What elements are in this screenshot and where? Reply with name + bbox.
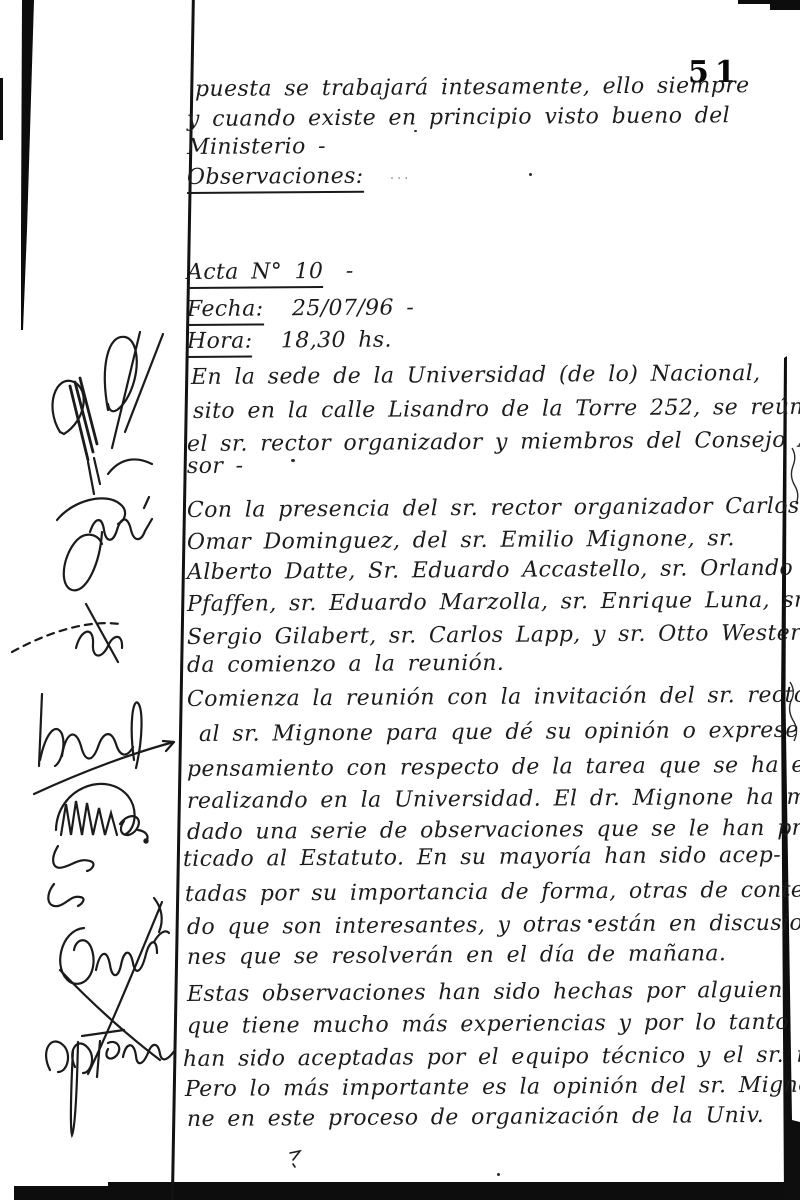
hora-line: Hora: 18,30 hs. — [187, 327, 392, 356]
handwritten-line: Con la presencia del sr. rector organiza… — [187, 493, 800, 525]
acta-suffix: - — [346, 259, 354, 284]
handwritten-line: En la sede de la Universidad (de lo) Nac… — [191, 360, 761, 392]
signature-stroke — [144, 839, 147, 842]
handwritten-line: do que son interesantes, y otras están e… — [187, 910, 800, 942]
signature-stroke — [144, 497, 149, 508]
signature-stroke — [57, 498, 125, 524]
handwritten-line: al sr. Mignone para que dé su opinión o … — [199, 717, 800, 749]
handwritten-line: Estas observaciones han sido hechas por … — [187, 977, 783, 1009]
signature-stroke — [53, 846, 93, 871]
handwritten-line: y cuando existe en principio visto bueno… — [187, 102, 730, 134]
handwritten-line: Alberto Datte, Sr. Eduardo Accastello, s… — [187, 555, 793, 587]
handwritten-line: puesta se trabajará intesamente, ello si… — [195, 72, 750, 104]
acta-label: Acta N° 10 — [187, 259, 324, 289]
handwritten-line: nes que se resolverán en el día de mañan… — [187, 940, 726, 972]
signature-stroke — [90, 519, 152, 540]
signature-stroke — [132, 702, 142, 768]
handwritten-line: sor - — [187, 453, 244, 481]
handwritten-line: ne en este proceso de organización de la… — [187, 1102, 764, 1134]
margin-signatures — [28, 332, 193, 1142]
fecha-label: Fecha: — [187, 296, 264, 326]
signature-stroke — [82, 1030, 124, 1036]
signature-stroke — [61, 801, 117, 835]
handwritten-line: han sido aceptadas por el equipo técnico… — [183, 1041, 800, 1074]
signature-stroke — [154, 931, 169, 942]
handwritten-line: Comienza la reunión con la invitación de… — [187, 682, 800, 714]
handwritten-line: Ministerio - — [187, 133, 326, 162]
scan-artifact-left-edge — [0, 78, 3, 140]
signature-stroke — [46, 1041, 175, 1077]
observaciones-heading: Observaciones: — [187, 164, 364, 194]
signature-stroke — [62, 734, 133, 758]
handwritten-text-area: puesta se trabajará intesamente, ello si… — [187, 0, 800, 1200]
signature-stroke — [64, 532, 102, 590]
handwritten-line: Omar Dominguez, del sr. Emilio Mignone, … — [187, 525, 735, 557]
signature-stroke — [88, 458, 100, 494]
handwritten-line: da comienzo a la reunión. — [187, 650, 504, 680]
signature-1 — [53, 332, 163, 494]
signature-stroke — [108, 459, 152, 474]
handwritten-line: Pfaffen, sr. Eduardo Marzolla, sr. Enriq… — [187, 587, 800, 619]
signature-7 — [46, 1030, 175, 1135]
signature-3 — [12, 604, 122, 662]
handwritten-line: que tiene mucho más experiencias y por l… — [187, 1009, 789, 1041]
handwritten-line: realizando en la Universidad. El dr. Mig… — [187, 783, 800, 816]
scan-artifact-left-wedge — [18, 0, 38, 345]
handwritten-line: tadas por su importancia de forma, otras… — [185, 876, 800, 909]
handwritten-line: pensamiento con respecto de la tarea que… — [187, 751, 800, 784]
handwritten-line: ticado al Estatuto. En su mayoría han si… — [183, 842, 781, 874]
handwritten-line: Sergio Gilabert, sr. Carlos Lapp, y sr. … — [187, 619, 800, 652]
signature-stroke — [40, 729, 63, 766]
handwritten-line: Pero lo más importante es la opinión del… — [185, 1072, 800, 1104]
fecha-line: Fecha: 25/07/96 - — [187, 294, 414, 324]
handwritten-line: sito en la calle Lisandro de la Torre 25… — [193, 394, 800, 426]
signature-2 — [57, 459, 152, 590]
handwritten-line: el sr. rector organizador y miembros del… — [187, 426, 800, 459]
hora-value: 18,30 hs. — [281, 328, 392, 354]
signature-6 — [60, 898, 169, 1074]
signature-stroke — [48, 884, 83, 906]
signature-stroke — [71, 1042, 78, 1135]
scan-artifact-shape — [21, 0, 34, 330]
ink-dots: ··· — [390, 171, 412, 186]
signature-5 — [48, 784, 147, 906]
fecha-value: 25/07/96 - — [292, 295, 414, 321]
acta-line: Acta N° 10 - — [187, 258, 354, 287]
scanned-page: 51 — [0, 0, 800, 1200]
signature-stroke — [34, 741, 174, 794]
signature-4 — [34, 694, 174, 794]
observaciones-heading-line: Observaciones: ··· — [187, 162, 412, 195]
signature-stroke — [76, 632, 122, 656]
signature-stroke — [96, 942, 157, 975]
signature-stroke — [105, 337, 137, 411]
signature-stroke — [70, 378, 97, 460]
hora-label: Hora: — [187, 329, 253, 358]
signature-stroke — [125, 334, 163, 432]
